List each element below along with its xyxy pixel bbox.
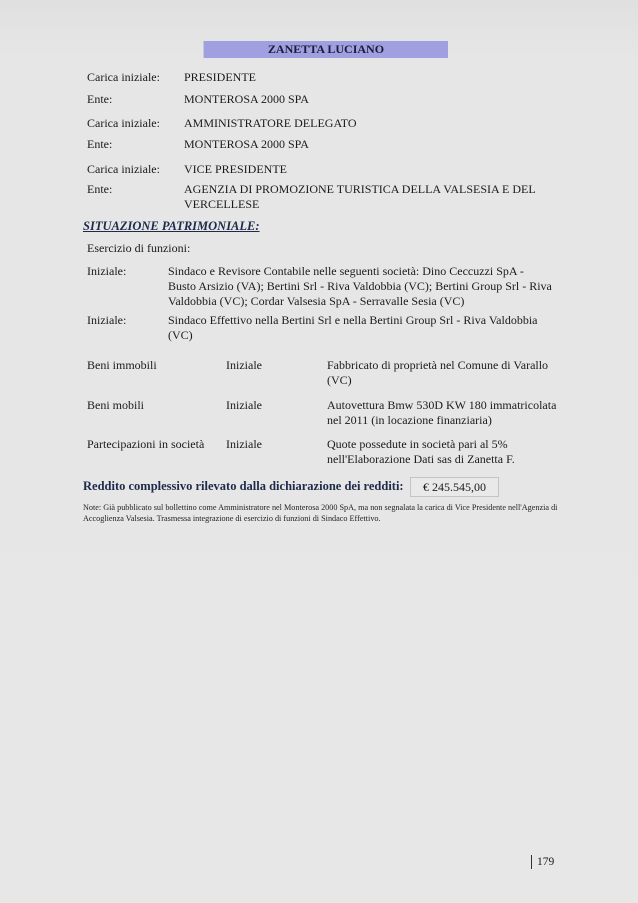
asset-description: Fabbricato di proprietà nel Comune di Va… — [327, 358, 567, 388]
entity-label: Ente: — [87, 182, 112, 197]
note-text: Note: Già pubblicato sul bollettino come… — [83, 502, 583, 524]
document-page: ZANETTA LUCIANO Carica iniziale: PRESIDE… — [0, 0, 638, 903]
asset-category: Partecipazioni in società — [87, 437, 204, 452]
entity-label: Ente: — [87, 137, 112, 152]
asset-category: Beni mobili — [87, 398, 144, 413]
entity-value: AGENZIA DI PROMOZIONE TURISTICA DELLA VA… — [184, 182, 554, 212]
entity-value: MONTEROSA 2000 SPA — [184, 92, 309, 107]
role-value: VICE PRESIDENTE — [184, 162, 287, 177]
income-label: Reddito complessivo rilevato dalla dichi… — [83, 479, 404, 494]
function-text: Sindaco Effettivo nella Bertini Srl e ne… — [168, 313, 553, 343]
role-value: PRESIDENTE — [184, 70, 256, 85]
entity-value: MONTEROSA 2000 SPA — [184, 137, 309, 152]
person-name-header: ZANETTA LUCIANO — [203, 41, 448, 58]
role-label: Carica iniziale: — [87, 116, 160, 131]
asset-description: Autovettura Bmw 530D KW 180 immatricolat… — [327, 398, 567, 428]
function-text: Sindaco e Revisore Contabile nelle segue… — [168, 264, 553, 309]
asset-status: Iniziale — [226, 358, 262, 373]
page-number: 179 — [531, 855, 554, 869]
income-value: € 245.545,00 — [410, 477, 499, 497]
asset-description: Quote possedute in società pari al 5% ne… — [327, 437, 567, 467]
function-label: Iniziale: — [87, 264, 126, 279]
role-value: AMMINISTRATORE DELEGATO — [184, 116, 357, 131]
asset-status: Iniziale — [226, 437, 262, 452]
role-label: Carica iniziale: — [87, 70, 160, 85]
function-label: Iniziale: — [87, 313, 126, 328]
section-title-situazione-patrimoniale: SITUAZIONE PATRIMONIALE: — [83, 219, 260, 234]
functions-heading: Esercizio di funzioni: — [87, 241, 190, 256]
entity-label: Ente: — [87, 92, 112, 107]
asset-status: Iniziale — [226, 398, 262, 413]
asset-category: Beni immobili — [87, 358, 157, 373]
role-label: Carica iniziale: — [87, 162, 160, 177]
